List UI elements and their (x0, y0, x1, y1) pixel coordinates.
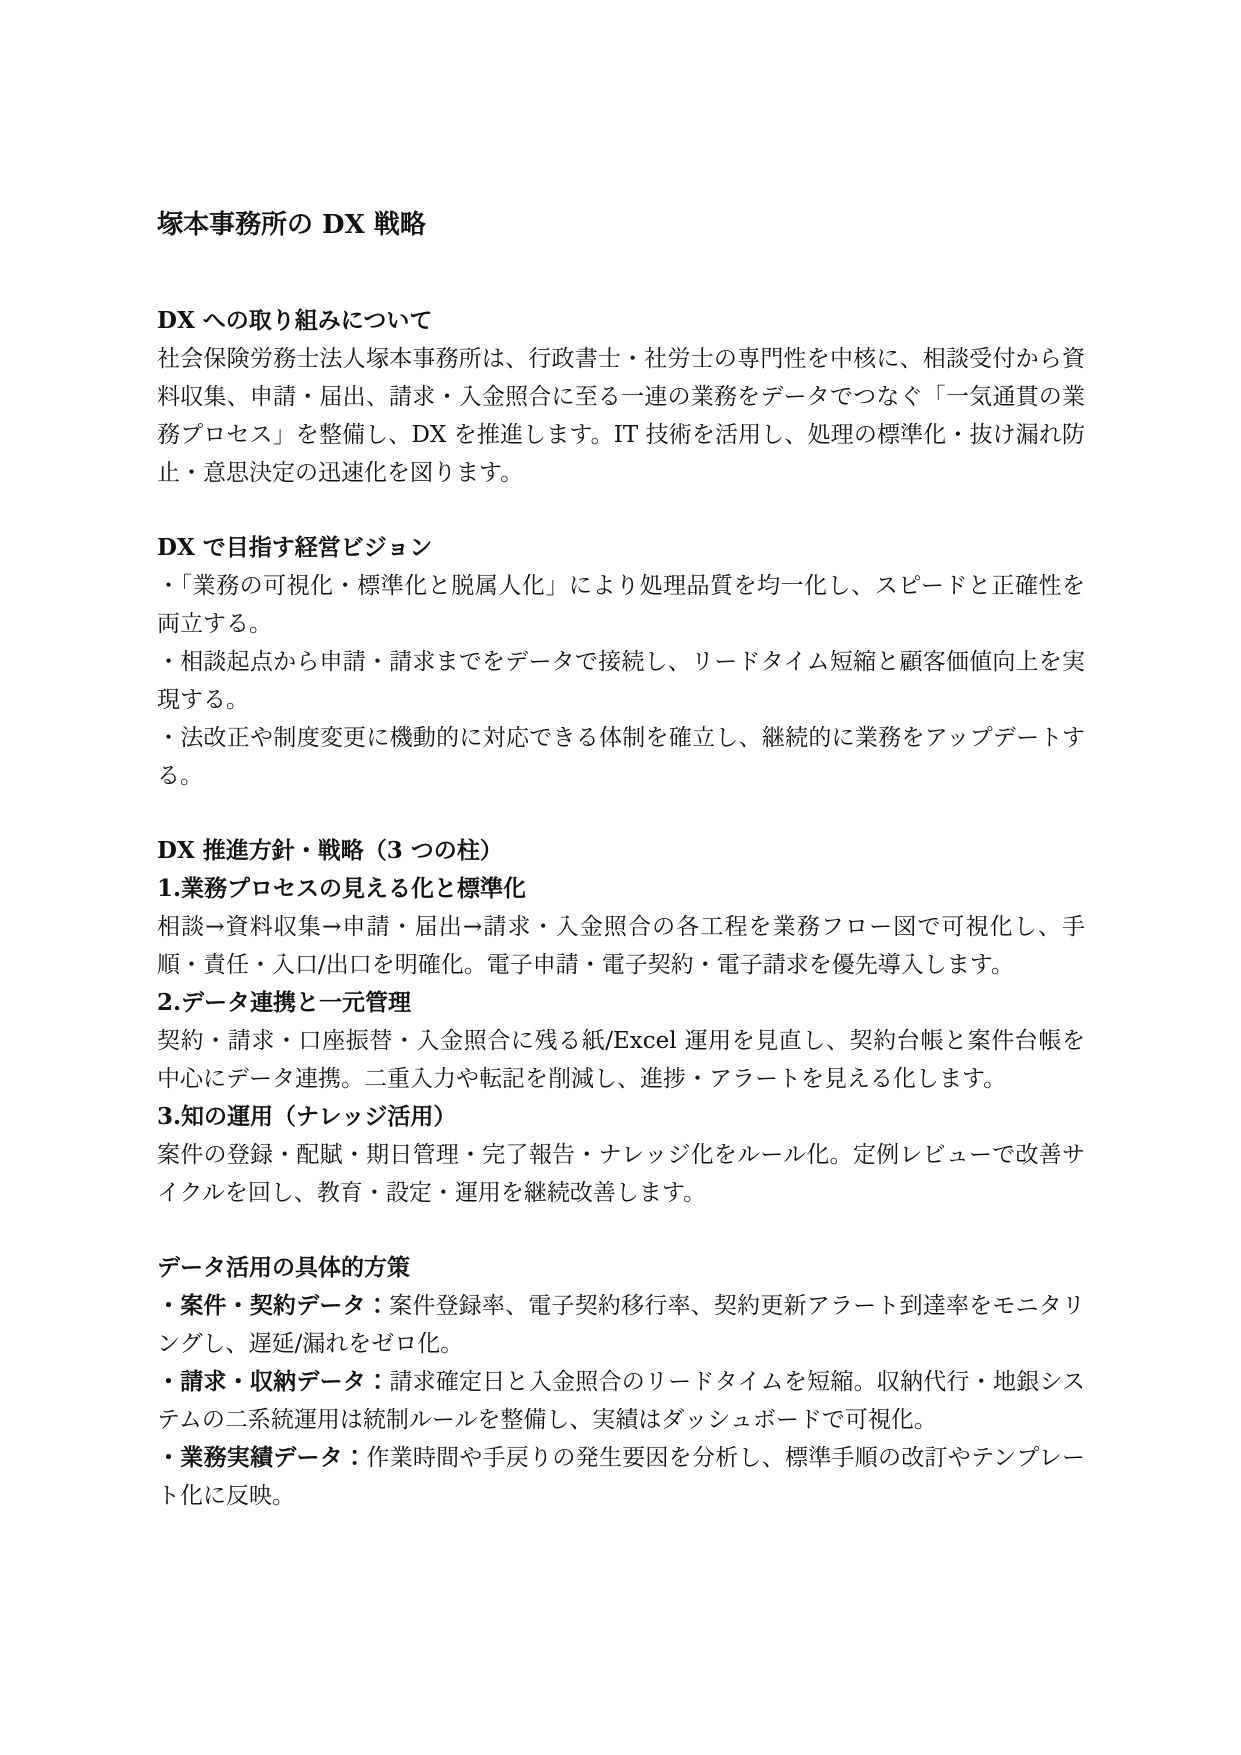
data-bullet-billing-collection-label: ・請求・収納データ： (157, 1368, 389, 1395)
page-title: 塚本事務所の DX 戦略 (157, 206, 1085, 244)
section-dx-pillars: DX 推進方針・戦略（3 つの柱） 1.業務プロセスの見える化と標準化 相談→資… (157, 832, 1085, 1212)
pillar-1-body: 相談→資料収集→申請・届出→請求・入金照合の各工程を業務フロー図で可視化し、手順… (157, 908, 1085, 984)
vision-bullet-3: ・法改正や制度変更に機動的に対応できる体制を確立し、継続的に業務をアップデートす… (157, 719, 1085, 795)
dx-initiative-paragraph: 社会保険労務士法人塚本事務所は、行政書士・社労士の専門性を中核に、相談受付から資… (157, 340, 1085, 492)
dx-vision-heading: DX で目指す経営ビジョン (157, 529, 1085, 567)
pillar-1-title: 1.業務プロセスの見える化と標準化 (157, 870, 1085, 908)
pillar-2-body: 契約・請求・口座振替・入金照合に残る紙/Excel 運用を見直し、契約台帳と案件… (157, 1022, 1085, 1098)
section-data-utilization: データ活用の具体的方策 ・案件・契約データ：案件登録率、電子契約移行率、契約更新… (157, 1249, 1085, 1515)
vision-bullet-2: ・相談起点から申請・請求までをデータで接続し、リードタイム短縮と顧客価値向上を実… (157, 643, 1085, 719)
data-bullet-case-contract: ・案件・契約データ：案件登録率、電子契約移行率、契約更新アラート到達率をモニタリ… (157, 1287, 1085, 1363)
pillar-3-title: 3.知の運用（ナレッジ活用） (157, 1098, 1085, 1136)
pillar-3-body: 案件の登録・配賦・期日管理・完了報告・ナレッジ化をルール化。定例レビューで改善サ… (157, 1136, 1085, 1212)
vision-bullet-1: ・「業務の可視化・標準化と脱属人化」により処理品質を均一化し、スピードと正確性を… (157, 567, 1085, 643)
pillar-2-title: 2.データ連携と一元管理 (157, 984, 1085, 1022)
data-bullet-billing-collection: ・請求・収納データ：請求確定日と入金照合のリードタイムを短縮。収納代行・地銀シス… (157, 1363, 1085, 1439)
section-dx-initiative: DX への取り組みについて 社会保険労務士法人塚本事務所は、行政書士・社労士の専… (157, 302, 1085, 492)
data-utilization-heading: データ活用の具体的方策 (157, 1249, 1085, 1287)
data-bullet-case-contract-label: ・案件・契約データ： (157, 1292, 389, 1319)
dx-pillars-heading: DX 推進方針・戦略（3 つの柱） (157, 832, 1085, 870)
section-dx-vision: DX で目指す経営ビジョン ・「業務の可視化・標準化と脱属人化」により処理品質を… (157, 529, 1085, 795)
data-bullet-work-performance-label: ・業務実績データ： (157, 1444, 366, 1471)
data-bullet-work-performance: ・業務実績データ：作業時間や手戻りの発生要因を分析し、標準手順の改訂やテンプレー… (157, 1439, 1085, 1515)
document-page: 塚本事務所の DX 戦略 DX への取り組みについて 社会保険労務士法人塚本事務… (0, 0, 1241, 1755)
dx-initiative-heading: DX への取り組みについて (157, 302, 1085, 340)
